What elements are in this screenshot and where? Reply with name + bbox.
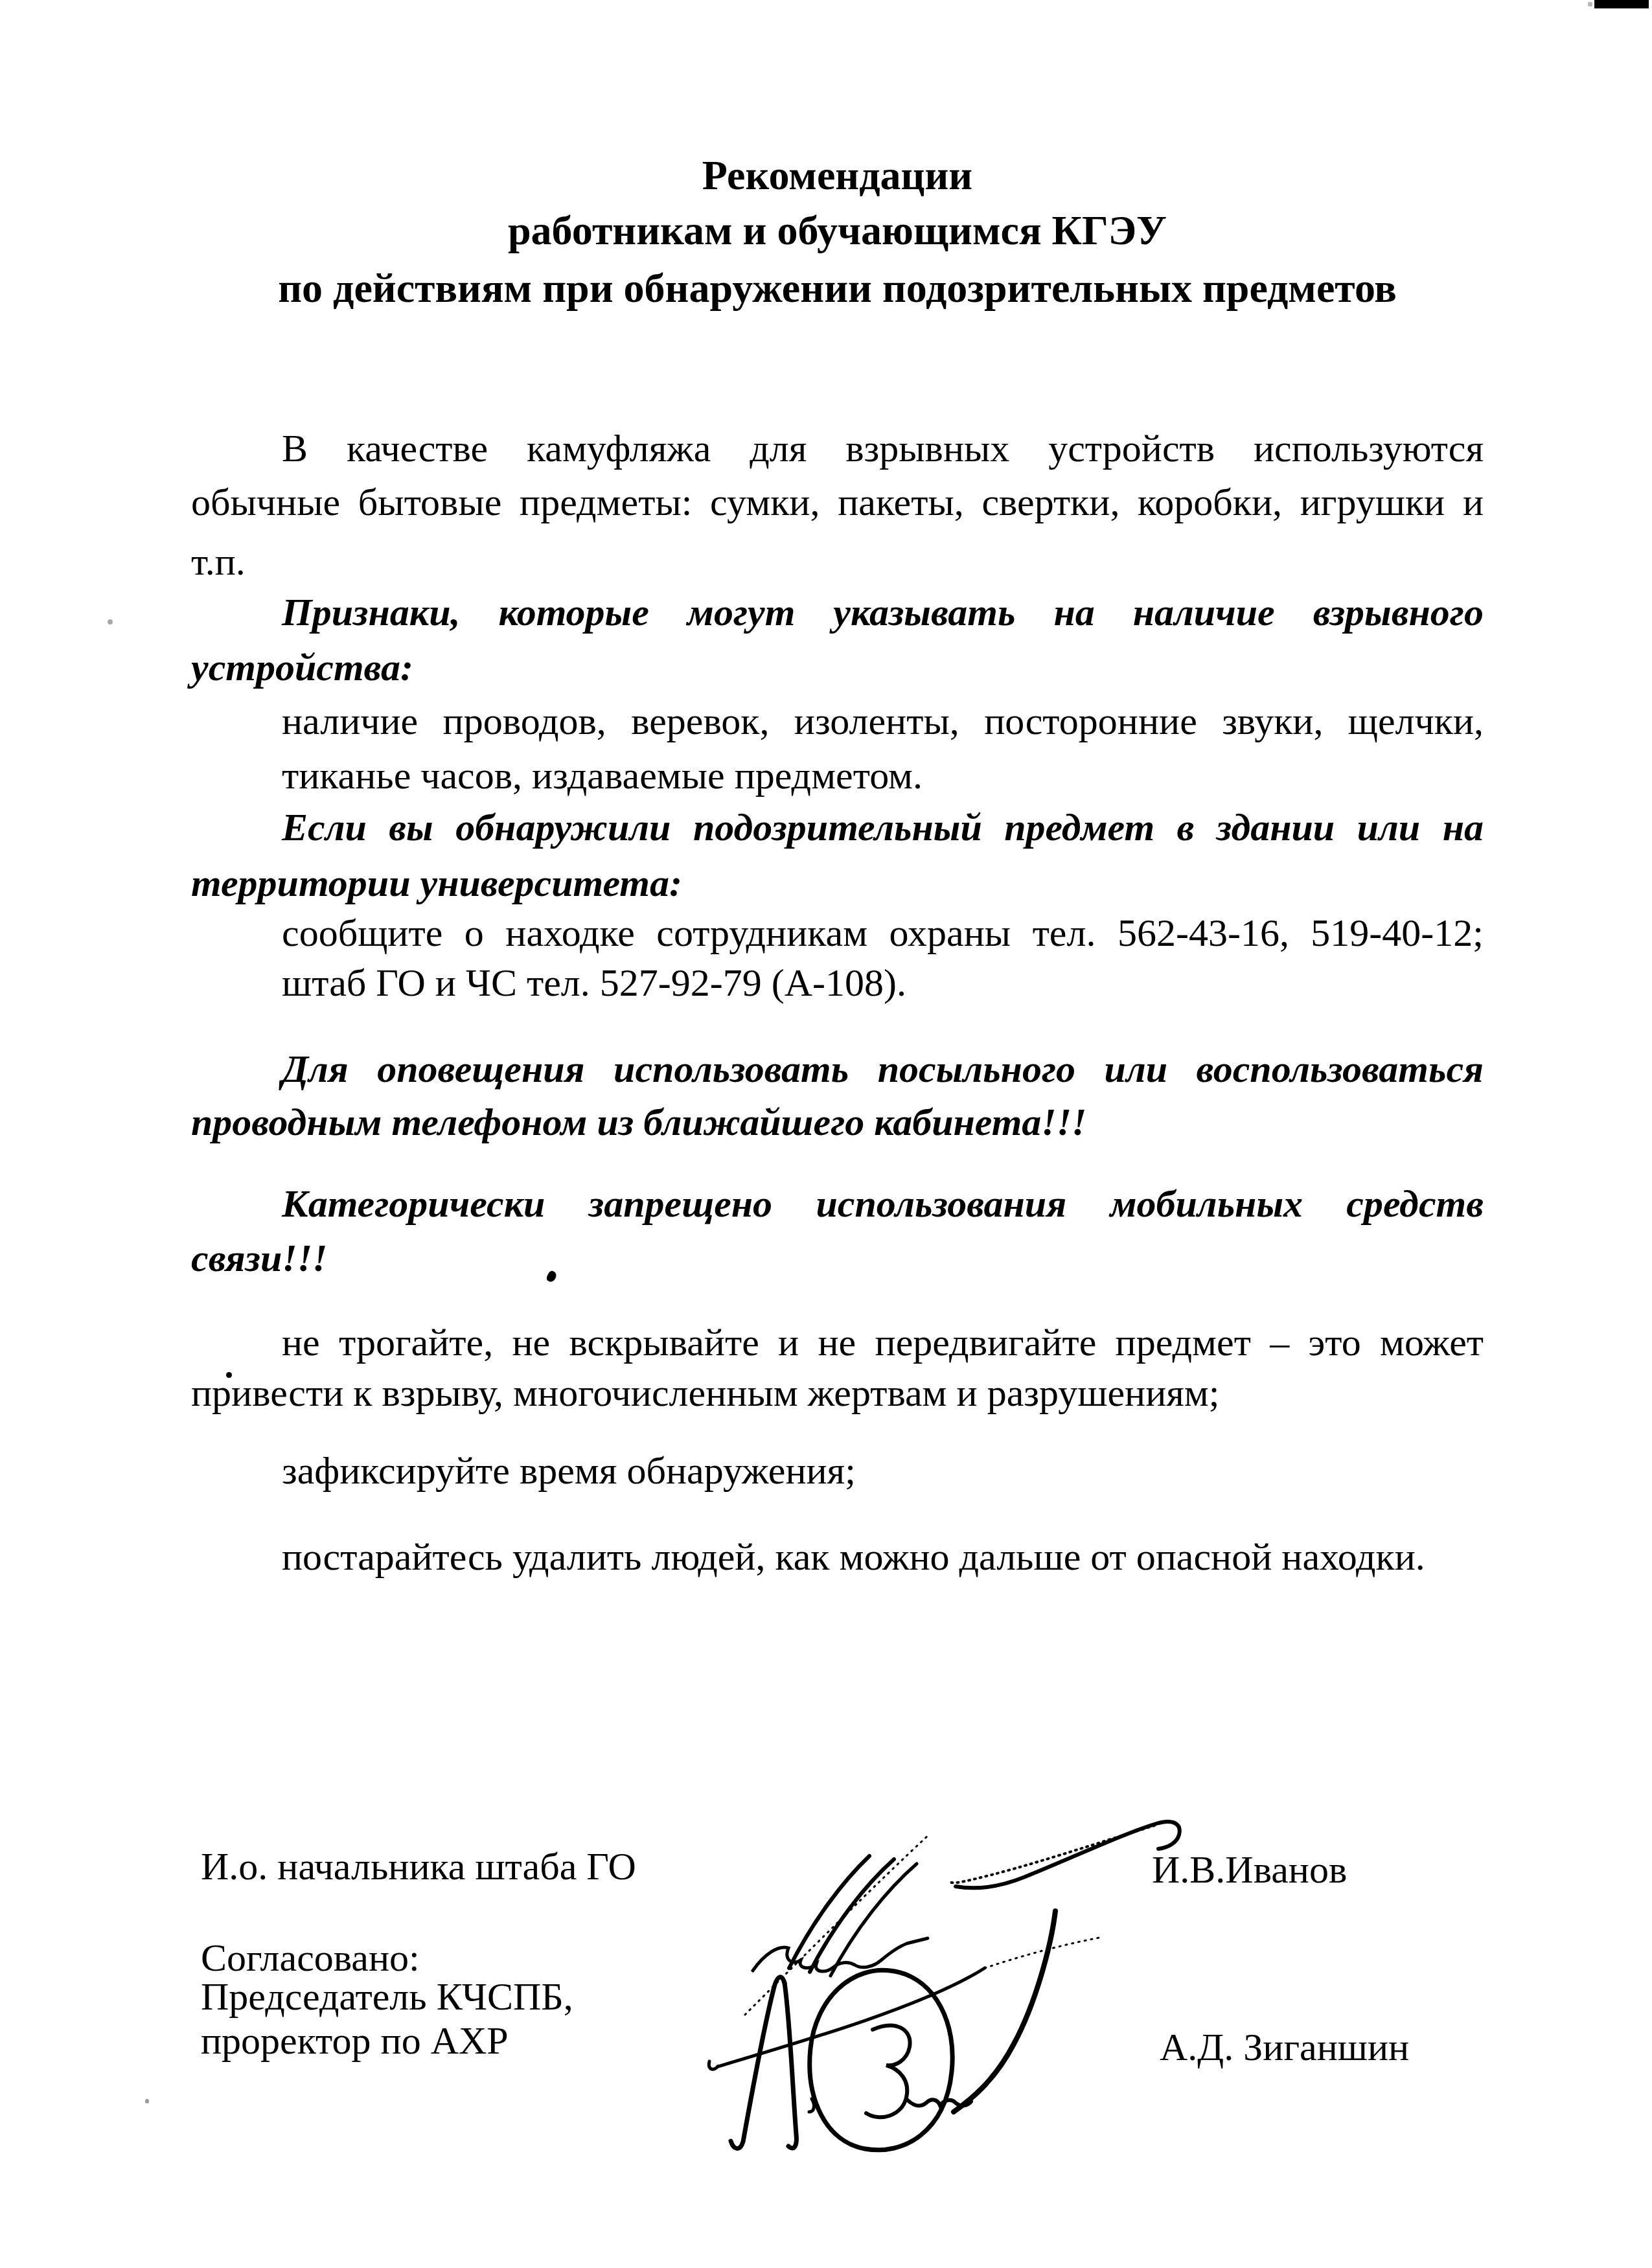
- body-line: обычные бытовые предметы: сумки, пакеты,…: [191, 478, 1484, 527]
- body-line: В качестве камуфляжа для взрывных устрой…: [282, 424, 1484, 473]
- body-line-emphasis: территории университета:: [191, 859, 1484, 908]
- scan-speck: [226, 1372, 232, 1378]
- scan-artifact-bar: [1594, 0, 1649, 8]
- scan-speck: [108, 619, 113, 624]
- body-line-emphasis: связи!!!: [191, 1234, 1484, 1283]
- document-title-line-2: работникам и обучающимся КГЭУ: [191, 206, 1484, 256]
- body-line-emphasis: Для оповещения использовать посыльного и…: [282, 1045, 1484, 1094]
- scanned-document-page: Рекомендации работникам и обучающимся КГ…: [0, 0, 1652, 2268]
- body-line-emphasis: Если вы обнаружили подозрительный предме…: [282, 803, 1484, 852]
- body-line: тиканье часов, издаваемые предметом.: [282, 751, 1484, 800]
- document-title-line-1: Рекомендации: [191, 151, 1484, 201]
- body-line: наличие проводов, веревок, изоленты, пос…: [282, 697, 1484, 746]
- signoff-position-axr: проректор по АХР: [201, 2017, 509, 2064]
- body-line-emphasis: проводным телефоном из ближайшего кабине…: [191, 1098, 1484, 1147]
- body-line: зафиксируйте время обнаружения;: [282, 1447, 1484, 1495]
- signoff-position-kchspb: Председатель КЧСПБ,: [201, 1973, 573, 2020]
- signoff-position-go: И.о. начальника штаба ГО: [201, 1843, 636, 1890]
- body-line-emphasis: устройства:: [191, 643, 1484, 692]
- body-line: постарайтесь удалить людей, как можно да…: [282, 1533, 1484, 1581]
- body-line-emphasis: Категорически запрещено использования мо…: [282, 1180, 1484, 1228]
- signature-ziganshin: [703, 1905, 1118, 2164]
- scan-speck: [145, 2099, 149, 2103]
- body-line: сообщите о находке сотрудникам охраны те…: [282, 909, 1484, 957]
- body-line: привести к взрыву, многочисленным жертва…: [191, 1369, 1484, 1417]
- document-title-line-3: по действиям при обнаружении подозритель…: [191, 264, 1484, 314]
- body-line: т.п.: [191, 538, 1484, 586]
- scan-artifact-speck: [1588, 2, 1592, 6]
- body-line: штаб ГО и ЧС тел. 527-92-79 (А-108).: [282, 959, 1484, 1007]
- body-line: не трогайте, не вскрывайте и не передвиг…: [282, 1318, 1484, 1367]
- body-line-emphasis: Признаки, которые могут указывать на нал…: [282, 588, 1484, 637]
